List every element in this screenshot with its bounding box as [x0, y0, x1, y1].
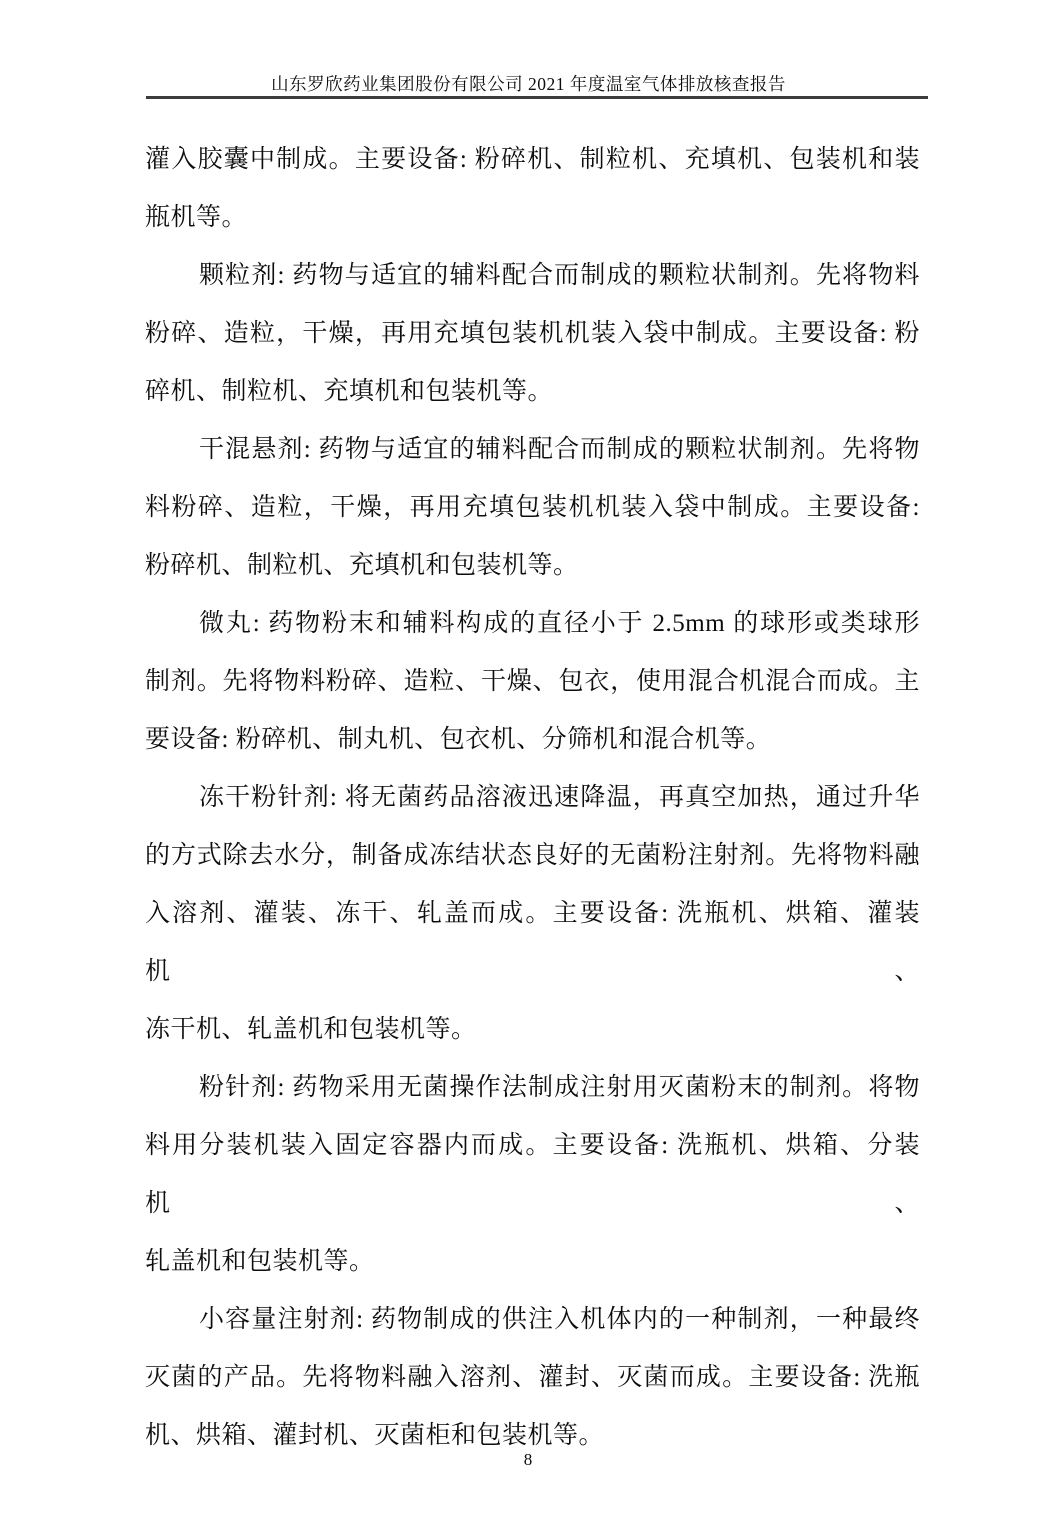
body-line: 入溶剂、灌装、冻干、轧盖而成。主要设备: 洗瓶机、烘箱、灌装机、: [145, 885, 920, 1001]
body-line: 冻干粉针剂: 将无菌药品溶液迅速降温，再真空加热，通过升华: [145, 769, 920, 827]
body-line: 灌入胶囊中制成。主要设备: 粉碎机、制粒机、充填机、包装机和装: [145, 131, 920, 189]
body-line: 微丸: 药物粉末和辅料构成的直径小于 2.5mm 的球形或类球形: [145, 595, 920, 653]
body-line: 粉碎机、制粒机、充填机和包装机等。: [145, 537, 920, 595]
header-title: 山东罗欣药业集团股份有限公司 2021 年度温室气体排放核查报告: [141, 72, 916, 96]
body-line: 要设备: 粉碎机、制丸机、包衣机、分筛机和混合机等。: [145, 711, 920, 769]
body-line: 小容量注射剂: 药物制成的供注入机体内的一种制剂，一种最终: [145, 1291, 920, 1349]
body-line: 料用分装机装入固定容器内而成。主要设备: 洗瓶机、烘箱、分装机、: [145, 1117, 920, 1233]
page-number: 8: [524, 1450, 533, 1469]
body-line: 粉针剂: 药物采用无菌操作法制成注射用灭菌粉末的制剂。将物: [145, 1059, 920, 1117]
body-line: 干混悬剂: 药物与适宜的辅料配合而制成的颗粒状制剂。先将物: [145, 421, 920, 479]
body-line: 的方式除去水分，制备成冻结状态良好的无菌粉注射剂。先将物料融: [145, 827, 920, 885]
body-line: 颗粒剂: 药物与适宜的辅料配合而制成的颗粒状制剂。先将物料: [145, 247, 920, 305]
body-line: 轧盖机和包装机等。: [145, 1233, 920, 1291]
body-line: 冻干机、轧盖机和包装机等。: [145, 1001, 920, 1059]
header-rule: [146, 96, 928, 99]
body-line: 碎机、制粒机、充填机和包装机等。: [145, 363, 920, 421]
document-body: 灌入胶囊中制成。主要设备: 粉碎机、制粒机、充填机、包装机和装瓶机等。颗粒剂: …: [145, 131, 920, 1465]
body-line: 料粉碎、造粒，干燥，再用充填包装机机装入袋中制成。主要设备:: [145, 479, 920, 537]
body-line: 瓶机等。: [145, 189, 920, 247]
body-line: 灭菌的产品。先将物料融入溶剂、灌封、灭菌而成。主要设备: 洗瓶: [145, 1349, 920, 1407]
page-footer: 8: [0, 1448, 1056, 1472]
body-line: 制剂。先将物料粉碎、造粒、干燥、包衣，使用混合机混合而成。主: [145, 653, 920, 711]
document-page: 山东罗欣药业集团股份有限公司 2021 年度温室气体排放核查报告 灌入胶囊中制成…: [0, 0, 1056, 1518]
body-line: 粉碎、造粒，干燥，再用充填包装机机装入袋中制成。主要设备: 粉: [145, 305, 920, 363]
